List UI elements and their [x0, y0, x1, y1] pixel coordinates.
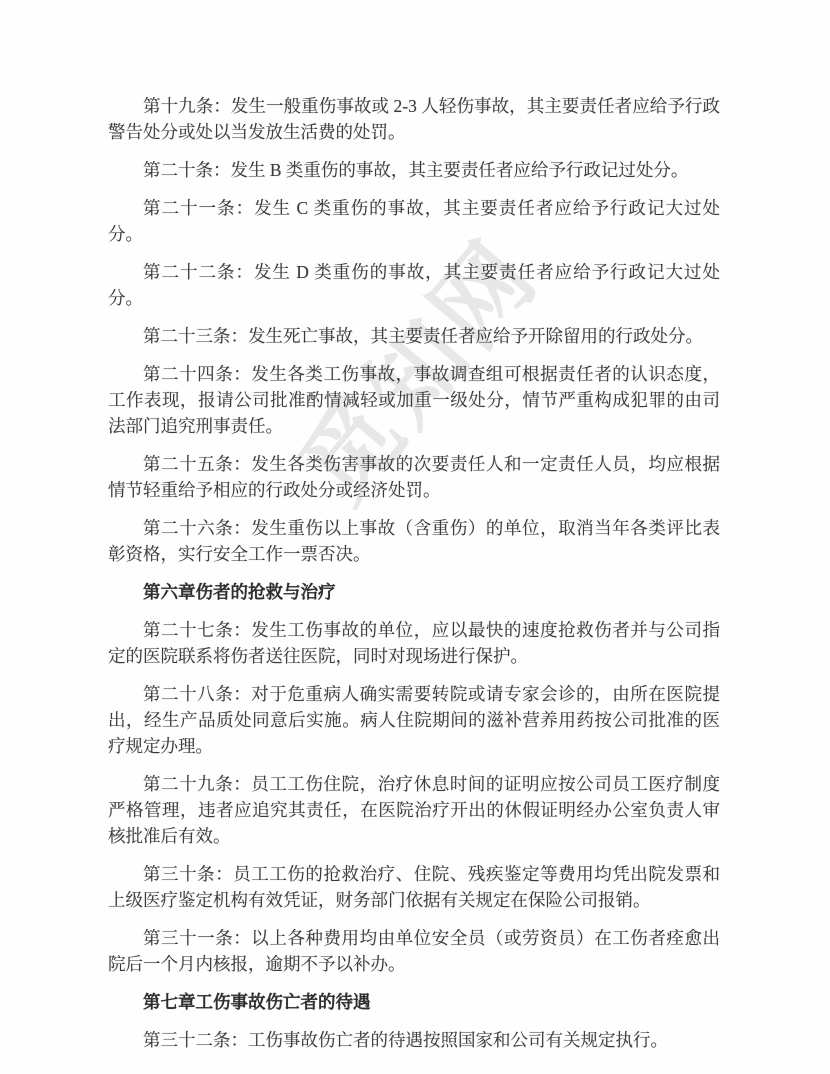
- document-content: 第十九条：发生一般重伤事故或 2-3 人轻伤事故，其主要责任者应给予行政警告处分…: [108, 93, 720, 1053]
- article-28: 第二十八条：对于危重病人确实需要转院或请专家会诊的，由所在医院提出，经生产品质处…: [108, 681, 720, 759]
- article-24: 第二十四条：发生各类工伤事故，事故调查组可根据责任者的认识态度，工作表现，报请公…: [108, 361, 720, 439]
- article-26: 第二十六条：发生重伤以上事故（含重伤）的单位，取消当年各类评比表彰资格，实行安全…: [108, 515, 720, 567]
- article-23: 第二十三条：发生死亡事故，其主要责任者应给予开除留用的行政处分。: [108, 323, 720, 349]
- chapter-6-heading: 第六章伤者的抢救与治疗: [108, 579, 720, 605]
- article-25: 第二十五条：发生各类伤害事故的次要责任人和一定责任人员，均应根据情节轻重给予相应…: [108, 451, 720, 503]
- article-22: 第二十二条：发生 D 类重伤的事故，其主要责任者应给予行政记大过处分。: [108, 259, 720, 311]
- article-29: 第二十九条：员工工伤住院，治疗休息时间的证明应按公司员工医疗制度严格管理，违者应…: [108, 771, 720, 849]
- chapter-7-heading: 第七章工伤事故伤亡者的待遇: [108, 989, 720, 1015]
- article-27: 第二十七条：发生工伤事故的单位，应以最快的速度抢救伤者并与公司指定的医院联系将伤…: [108, 617, 720, 669]
- document-page: 觅知网 第十九条：发生一般重伤事故或 2-3 人轻伤事故，其主要责任者应给予行政…: [0, 0, 830, 1074]
- article-31: 第三十一条：以上各种费用均由单位安全员（或劳资员）在工伤者痊愈出院后一个月内核报…: [108, 925, 720, 977]
- article-20: 第二十条：发生 B 类重伤的事故，其主要责任者应给予行政记过处分。: [108, 157, 720, 183]
- article-19: 第十九条：发生一般重伤事故或 2-3 人轻伤事故，其主要责任者应给予行政警告处分…: [108, 93, 720, 145]
- article-21: 第二十一条：发生 C 类重伤的事故，其主要责任者应给予行政记大过处分。: [108, 195, 720, 247]
- article-30: 第三十条：员工工伤的抢救治疗、住院、残疾鉴定等费用均凭出院发票和上级医疗鉴定机构…: [108, 861, 720, 913]
- article-32: 第三十二条：工伤事故伤亡者的待遇按照国家和公司有关规定执行。: [108, 1027, 720, 1053]
